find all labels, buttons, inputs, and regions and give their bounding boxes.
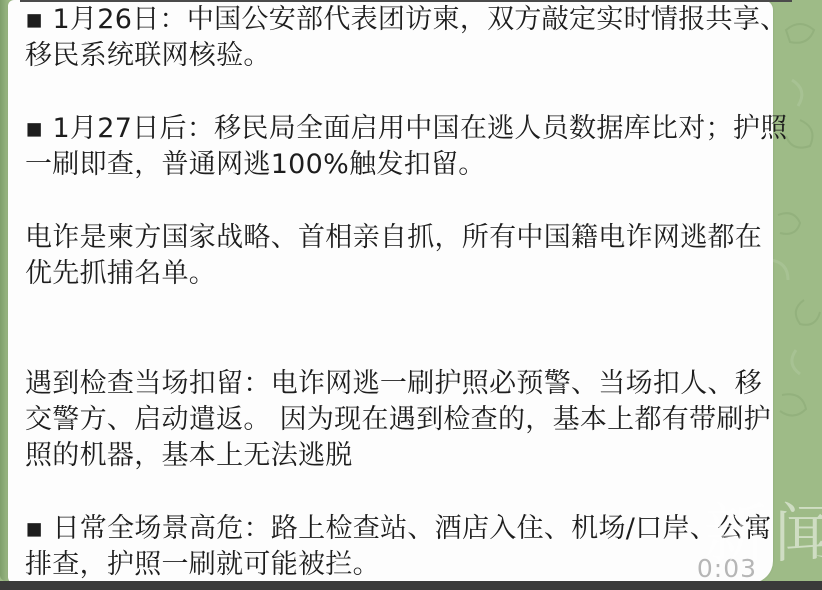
message-line: 交警方、启动遣返。 因为现在遇到检查的，基本上都有带刷护 (25, 402, 769, 438)
frame-top-border (20, 0, 792, 2)
news-watermark: 新闻 (704, 500, 822, 570)
message-line: 遇到检查当场扣留：电诈网逃一刷护照必预警、当场扣人、移 (25, 366, 769, 402)
message-bubble[interactable]: ▪ 1月26日：中国公安部代表团访柬，双方敲定实时情报共享、移民系统联网核验。▪… (8, 0, 773, 583)
message-paragraph: ▪ 1月27日后：移民局全面启用中国在逃人员数据库比对；护照一刷即查，普通网逃1… (25, 111, 769, 183)
message-line: 排查，护照一刷就可能被拦。 (25, 547, 769, 583)
message-paragraph: ▪ 1月26日：中国公安部代表团访柬，双方敲定实时情报共享、移民系统联网核验。 (25, 2, 769, 74)
message-text: ▪ 1月26日：中国公安部代表团访柬，双方敲定实时情报共享、移民系统联网核验。▪… (25, 2, 769, 583)
message-line: 照的机器，基本上无法逃脱 (25, 438, 769, 474)
video-frame: ▪ 1月26日：中国公安部代表团访柬，双方敲定实时情报共享、移民系统联网核验。▪… (0, 0, 822, 590)
message-paragraph: 遇到检查当场扣留：电诈网逃一刷护照必预警、当场扣人、移交警方、启动遣返。 因为现… (25, 366, 769, 474)
message-line: 移民系统联网核验。 (25, 38, 769, 74)
message-line: 一刷即查，普通网逃100%触发扣留。 (25, 147, 769, 183)
message-line: ▪ 1月26日：中国公安部代表团访柬，双方敲定实时情报共享、 (25, 2, 769, 38)
message-paragraph: 电诈是柬方国家战略、首相亲自抓，所有中国籍电诈网逃都在优先抓捕名单。 (25, 220, 769, 292)
message-paragraph: ▪ 日常全场景高危：路上检查站、酒店入住、机场/口岸、公寓排查，护照一刷就可能被… (25, 511, 769, 583)
message-line: 优先抓捕名单。 (25, 256, 769, 292)
frame-bottom-border (0, 581, 822, 590)
message-line: 电诈是柬方国家战略、首相亲自抓，所有中国籍电诈网逃都在 (25, 220, 769, 256)
message-line: ▪ 1月27日后：移民局全面启用中国在逃人员数据库比对；护照 (25, 111, 769, 147)
message-line: ▪ 日常全场景高危：路上检查站、酒店入住、机场/口岸、公寓 (25, 511, 769, 547)
